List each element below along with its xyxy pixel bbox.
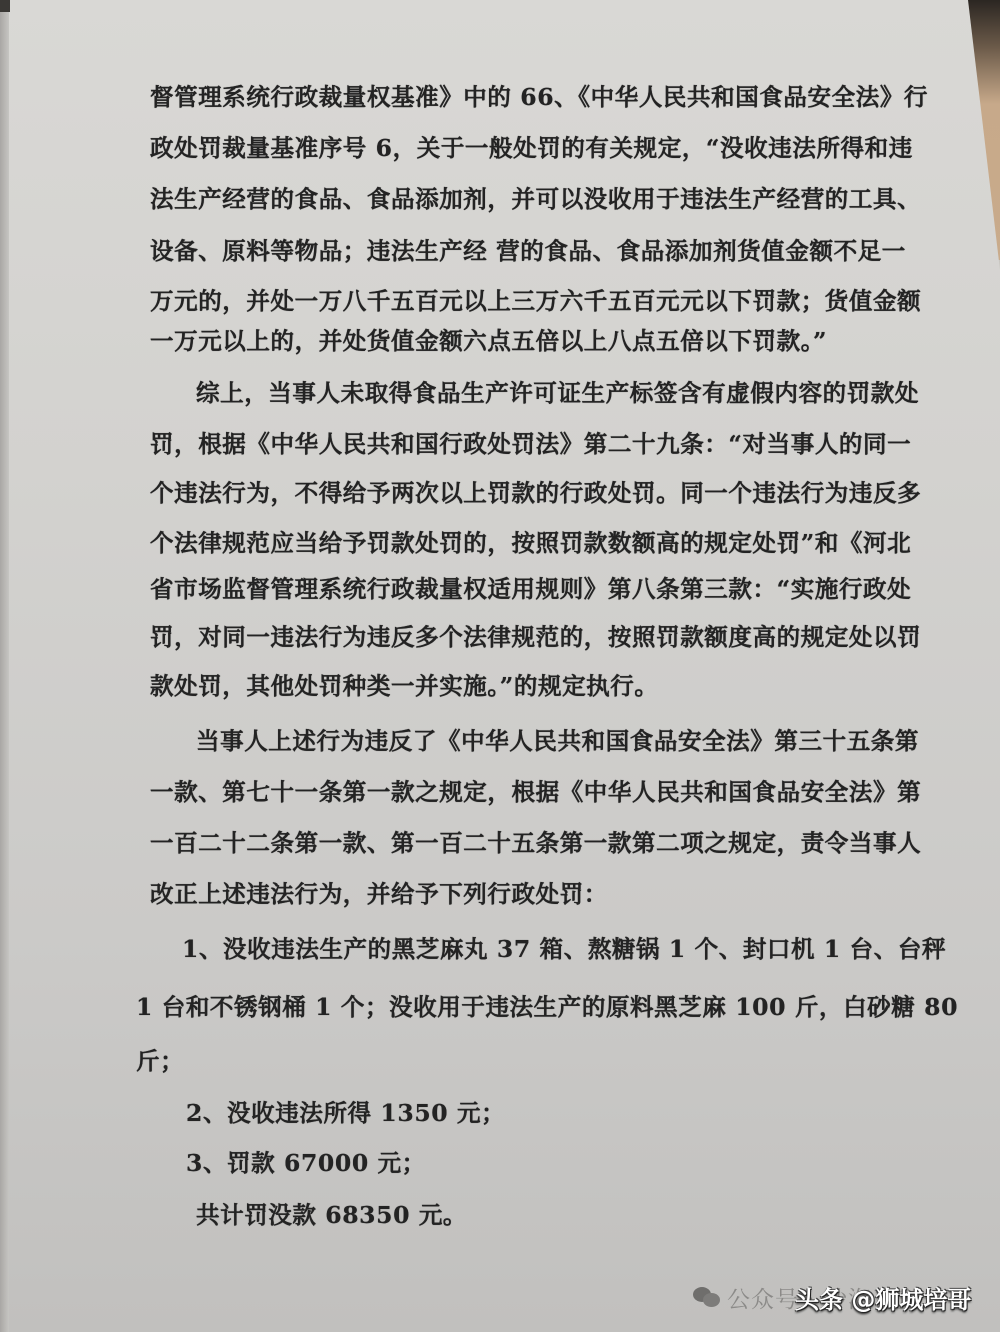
document-line: 当事人上述行为违反了《中华人民共和国食品安全法》第三十五条第 (196, 722, 919, 756)
document-line: 一款、第七十一条第一款之规定，根据《中华人民共和国食品安全法》第 (150, 773, 921, 807)
document-page: 督管理系统行政裁量权基准》中的 66、《中华人民共和国食品安全法》行政处罚裁量基… (0, 0, 1000, 1332)
document-line: 共计罚没款 68350 元。 (196, 1196, 467, 1230)
document-line: 斤； (136, 1042, 184, 1076)
document-line: 设备、原料等物品；违法生产经 营的食品、食品添加剂货值金额不足一 (150, 232, 906, 266)
document-line: 罚，对同一违法行为违反多个法律规范的，按照罚款额度高的规定处以罚 (150, 618, 921, 652)
paper-corner-shadow (0, 0, 10, 12)
document-line: 改正上述违法行为，并给予下列行政处罚： (150, 875, 608, 909)
document-line: 法生产经营的食品、食品添加剂，并可以没收用于违法生产经营的工具、 (150, 180, 921, 214)
document-line: 万元的，并处一万八千五百元以上三万六千五百元元以下罚款；货值金额 (150, 282, 921, 316)
document-line: 督管理系统行政裁量权基准》中的 66、《中华人民共和国食品安全法》行 (150, 78, 928, 112)
document-line: 款处罚，其他处罚种类一并实施。”的规定执行。 (150, 667, 658, 701)
wechat-icon (693, 1285, 721, 1309)
document-line: 个法律规范应当给予罚款处罚的，按照罚款数额高的规定处罚”和《河北 (150, 524, 911, 558)
document-line: 2、没收违法所得 1350 元； (186, 1094, 505, 1128)
document-line: 省市场监督管理系统行政裁量权适用规则》第八条第三款：“实施行政处 (150, 570, 911, 604)
document-line: 一百二十二条第一款、第一百二十五条第一款第二项之规定，责令当事人 (150, 824, 921, 858)
document-line: 个违法行为，不得给予两次以上罚款的行政处罚。同一个违法行为违反多 (150, 474, 921, 508)
document-line: 1 台和不锈钢桶 1 个；没收用于违法生产的原料黑芝麻 100 斤，白砂糖 80 (136, 988, 958, 1022)
document-line: 罚，根据《中华人民共和国行政处罚法》第二十九条：“对当事人的同一 (150, 425, 911, 459)
document-line: 政处罚裁量基准序号 6，关于一般处罚的有关规定，“没收违法所得和违 (150, 129, 913, 163)
document-line: 一万元以上的，并处货值金额六点五倍以上八点五倍以下罚款。” (150, 322, 827, 356)
document-line: 3、罚款 67000 元； (186, 1144, 426, 1178)
toutiao-watermark: 头条 @狮城培哥 (795, 1280, 971, 1315)
document-line: 1、没收违法生产的黑芝麻丸 37 箱、熬糖锅 1 个、封口机 1 台、台秤 (182, 930, 946, 964)
document-line: 综上，当事人未取得食品生产许可证生产标签含有虚假内容的罚款处 (196, 374, 919, 408)
